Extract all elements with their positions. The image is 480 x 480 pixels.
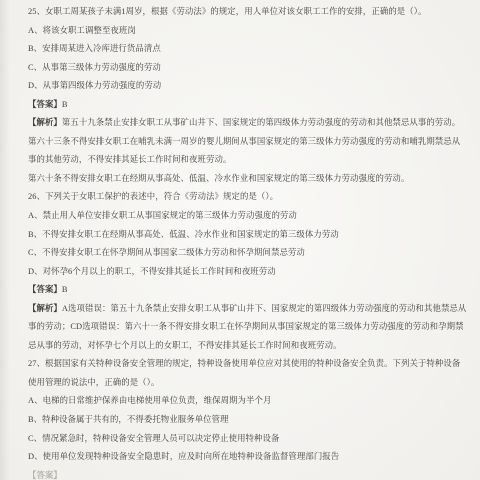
exam-document-body: 25、女职工周某孩子未满1周岁，根据《劳动法》的规定，用人单位对该女职工工作的安… (28, 3, 462, 480)
answer-label: 【答案】 (28, 471, 62, 480)
analysis-text: 事的劳动；CD选项错误：第六十一条不得安排女职工在怀孕期间从事国家规定的第三级体… (28, 322, 464, 331)
answer-line: 【答案】 (28, 467, 462, 480)
question-option-text: D、从事第四级体力劳动强度的劳动 (28, 81, 161, 90)
analysis-line: 事的其他劳动，不得安排其延长工作时间和夜班劳动。 (28, 151, 462, 170)
question-option-text: B、特种设备属于共有的，不得委托物业服务单位管理 (28, 415, 229, 424)
question-option-text: C、从事第三级体力劳动强度的劳动 (28, 63, 161, 72)
question-option: B、安排周某进入冷库进行货品清点 (28, 40, 462, 59)
answer-label: 【答案】 (28, 100, 62, 109)
answer-label: 【答案】 (28, 285, 62, 294)
question-option: A、电梯的日常维护保养由电梯使用单位负责，维保周期为半个月 (28, 392, 462, 411)
analysis-text: A选项错误：第五十九条禁止安排女职工从事矿山井下、国家规定的第四级体力劳动强度的… (62, 304, 466, 313)
analysis-line: 【解析】A选项错误：第五十九条禁止安排女职工从事矿山井下、国家规定的第四级体力劳… (28, 300, 462, 319)
analysis-line: 事的劳动；CD选项错误：第六十一条不得安排女职工在怀孕期间从事国家规定的第三级体… (28, 318, 462, 337)
question-option: C、情况紧急时，特种设备安全管理人员可以决定停止使用特种设备 (28, 430, 462, 449)
question-stem-line: 26、下列关于女职工保护的表述中，符合《劳动法》规定的是（）。 (28, 188, 462, 207)
document-page: { "colors": { "background": "#f7f6f3", "… (0, 0, 480, 480)
question-option: C、不得安排女职工在怀孕期间从事国家二级体力劳动和怀孕期间禁忌劳动 (28, 244, 462, 263)
analysis-label: 【解析】 (28, 118, 62, 127)
question-option: A、将该女职工调整至夜班岗 (28, 22, 462, 41)
question-option-text: A、禁止用人单位安排女职工从事国家规定的第三级体力劳动强度的劳动 (28, 211, 297, 220)
analysis-text: 第五十九条禁止安排女职工从事矿山井下、国家规定的第四级体力劳动强度的劳动和其他禁… (62, 118, 460, 127)
analysis-text: 第六十条不得安排女职工在经期从事高处、低温、冷水作业和国家规定的第三级体力劳动强… (28, 174, 409, 183)
answer-line: 【答案】B (28, 96, 462, 115)
answer-value: B (62, 100, 68, 109)
question-stem-line: 27、根据国家有关特种设备安全管理的规定，特种设备使用单位应对其使用的特种设备安… (28, 355, 462, 374)
question-stem-text: 使用管理的说法中，正确的是（）。 (28, 378, 159, 387)
question-option-text: C、情况紧急时，特种设备安全管理人员可以决定停止使用特种设备 (28, 434, 279, 443)
analysis-line: 第六十条不得安排女职工在经期从事高处、低温、冷水作业和国家规定的第三级体力劳动强… (28, 170, 462, 189)
question-option-text: D、对怀孕6个月以上的职工，不得安排其延长工作时间和夜班劳动 (28, 267, 276, 276)
analysis-text: 事的其他劳动，不得安排其延长工作时间和夜班劳动。 (28, 155, 231, 164)
question-stem-text: 27、根据国家有关特种设备安全管理的规定，特种设备使用单位应对其使用的特种设备安… (28, 359, 460, 368)
answer-value: B (62, 285, 68, 294)
analysis-line: 【解析】第五十九条禁止安排女职工从事矿山井下、国家规定的第四级体力劳动强度的劳动… (28, 114, 462, 133)
question-stem-text: 26、下列关于女职工保护的表述中，符合《劳动法》规定的是（）。 (28, 192, 278, 201)
question-option: B、特种设备属于共有的，不得委托物业服务单位管理 (28, 411, 462, 430)
question-option-text: B、不得安排女职工在经期从事高处、低温、冷水作业和国家规定的第三级体力劳动 (28, 230, 339, 239)
question-option-text: C、不得安排女职工在怀孕期间从事国家二级体力劳动和怀孕期间禁忌劳动 (28, 248, 305, 257)
question-option: D、对怀孕6个月以上的职工，不得安排其延长工作时间和夜班劳动 (28, 263, 462, 282)
question-stem-line: 25、女职工周某孩子未满1周岁，根据《劳动法》的规定，用人单位对该女职工工作的安… (28, 3, 462, 22)
question-option-text: A、电梯的日常维护保养由电梯使用单位负责，维保周期为半个月 (28, 396, 271, 405)
question-stem-line: 使用管理的说法中，正确的是（）。 (28, 374, 462, 393)
analysis-text: 第六十三条不得安排女职工在哺乳未满一周岁的婴儿期间从事国家规定的第三级体力劳动强… (28, 137, 460, 146)
analysis-label: 【解析】 (28, 304, 62, 313)
question-stem-text: 25、女职工周某孩子未满1周岁，根据《劳动法》的规定，用人单位对该女职工工作的安… (28, 7, 427, 16)
answer-line: 【答案】B (28, 281, 462, 300)
analysis-line: 忌从事的劳动，对怀孕七个月以上的女职工，不得安排其延长工作时间和夜班劳动。 (28, 337, 462, 356)
question-option: C、从事第三级体力劳动强度的劳动 (28, 59, 462, 78)
analysis-line: 第六十三条不得安排女职工在哺乳未满一周岁的婴儿期间从事国家规定的第三级体力劳动强… (28, 133, 462, 152)
question-option: D、从事第四级体力劳动强度的劳动 (28, 77, 462, 96)
question-option-text: A、将该女职工调整至夜班岗 (28, 26, 136, 35)
question-option: D、使用单位发现特种设备安全隐患时，应及时向所在地特种设备监督管理部门报告 (28, 448, 462, 467)
question-option: A、禁止用人单位安排女职工从事国家规定的第三级体力劳动强度的劳动 (28, 207, 462, 226)
analysis-text: 忌从事的劳动，对怀孕七个月以上的女职工，不得安排其延长工作时间和夜班劳动。 (28, 341, 342, 350)
question-option: B、不得安排女职工在经期从事高处、低温、冷水作业和国家规定的第三级体力劳动 (28, 226, 462, 245)
question-option-text: D、使用单位发现特种设备安全隐患时，应及时向所在地特种设备监督管理部门报告 (28, 452, 339, 461)
question-option-text: B、安排周某进入冷库进行货品清点 (28, 44, 161, 53)
